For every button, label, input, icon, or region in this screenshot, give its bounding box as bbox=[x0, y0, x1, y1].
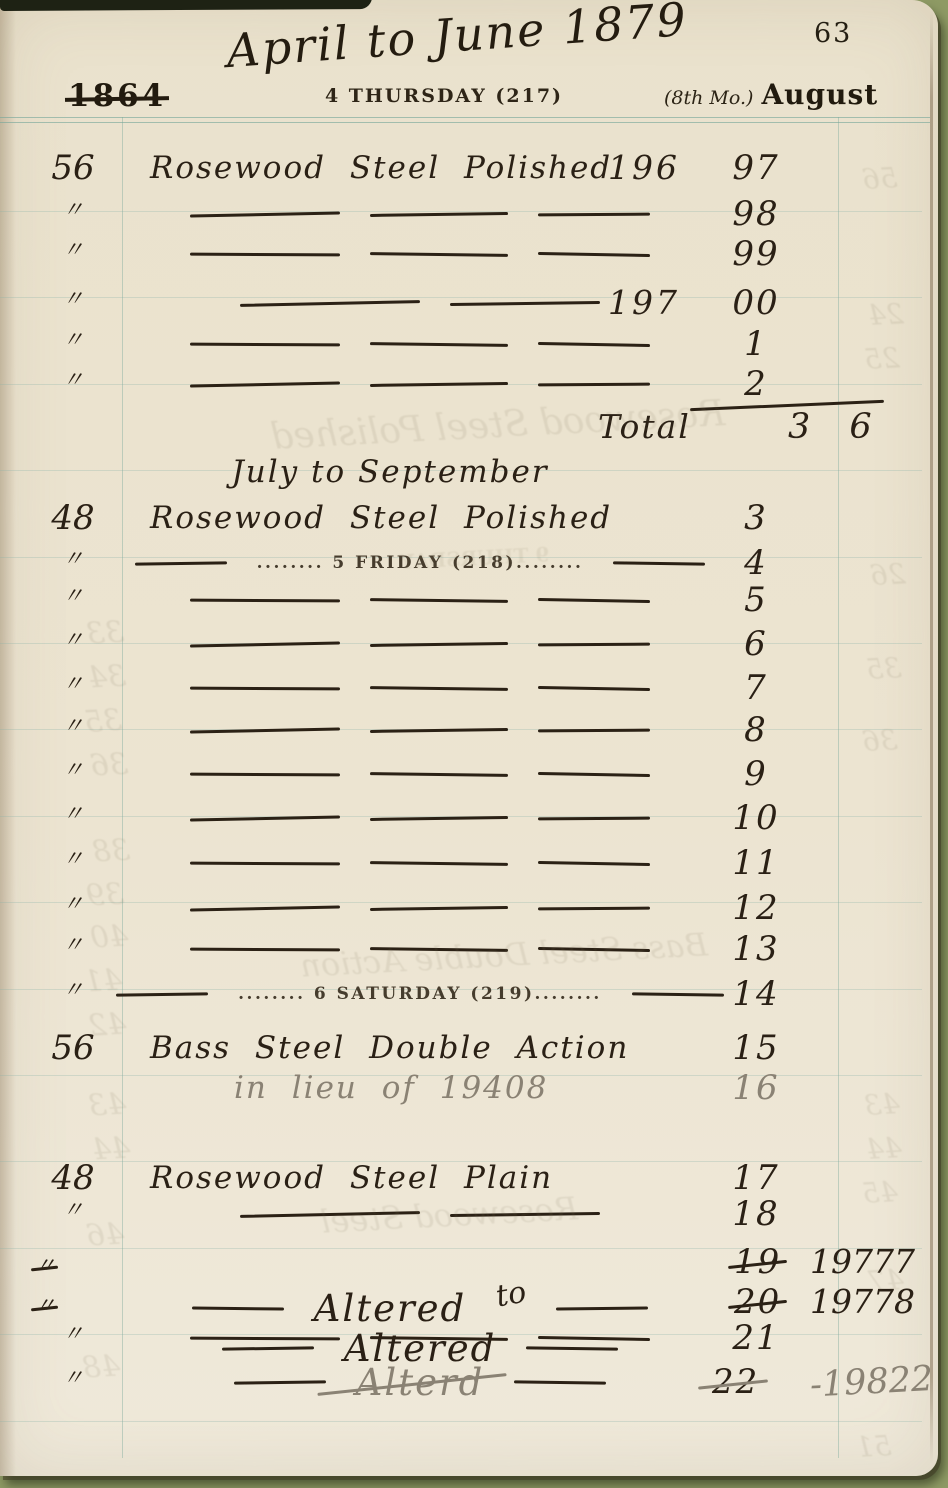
serial-number: 99 bbox=[712, 232, 800, 276]
month-prefix: (8th Mo.) bbox=[664, 87, 753, 109]
serial-number: 6 bbox=[712, 622, 800, 666]
printed-day-label: ........ 6 SATURDAY (219)........ bbox=[238, 984, 602, 1004]
description-cell bbox=[150, 192, 690, 236]
description-text: Alterd bbox=[356, 1361, 485, 1404]
ditto-dash bbox=[190, 381, 340, 387]
ditto-dash bbox=[234, 1380, 326, 1384]
description-cell: in lieu of 19408 bbox=[150, 1066, 690, 1110]
ditto-dash bbox=[538, 685, 650, 690]
ditto-dash bbox=[190, 1336, 340, 1340]
season-row: July to September bbox=[0, 450, 938, 494]
bleedthrough-text: 25 bbox=[863, 341, 900, 376]
quantity-cell: 〃 bbox=[34, 232, 112, 270]
altered-serial-number: -19822 bbox=[809, 1357, 943, 1408]
ditto-dash bbox=[190, 815, 340, 821]
ditto-dash bbox=[240, 300, 420, 307]
serial-number: 12 bbox=[712, 886, 800, 930]
quantity-cell: 56 bbox=[34, 146, 112, 190]
quantity-cell: 〃 bbox=[34, 1254, 56, 1279]
ditto-dash bbox=[190, 252, 340, 256]
description-cell bbox=[150, 578, 690, 622]
bleedthrough-text: 48 bbox=[81, 1349, 121, 1386]
serial-number: 11 bbox=[712, 841, 800, 885]
bleedthrough-text: 39 bbox=[85, 877, 125, 914]
bleedthrough-text: 41 bbox=[83, 963, 123, 1000]
ledger-row: 〃12 bbox=[0, 886, 938, 930]
quantity-cell: 〃 bbox=[34, 796, 112, 834]
description-cell bbox=[150, 708, 690, 752]
description-cell bbox=[150, 322, 690, 366]
description-cell bbox=[150, 666, 690, 710]
serial-number: 15 bbox=[712, 1026, 800, 1070]
description-cell bbox=[150, 752, 690, 796]
series-number: 196 bbox=[608, 146, 710, 190]
scan-background: April to June 1879 63 1864 4 THURSDAY (2… bbox=[0, 0, 948, 1488]
ditto-dash bbox=[370, 252, 508, 257]
ledger-row: 〃Alteredto1919777 bbox=[0, 1240, 938, 1284]
ditto-dash bbox=[190, 861, 340, 865]
ditto-dash bbox=[538, 816, 650, 820]
serial-number: 19 bbox=[734, 1242, 781, 1282]
ditto-dash bbox=[370, 1336, 508, 1341]
ledger-row: 〃1 bbox=[0, 322, 938, 366]
ledger-row: 〃21 bbox=[0, 1316, 938, 1360]
serial-number: 97 bbox=[712, 146, 800, 190]
ditto-dash bbox=[538, 906, 650, 910]
printed-day-heading: 4 THURSDAY (217) bbox=[298, 85, 590, 107]
description-cell bbox=[150, 886, 690, 930]
ledger-page: April to June 1879 63 1864 4 THURSDAY (2… bbox=[0, 0, 938, 1476]
description-text: Rosewood Steel Polished bbox=[150, 150, 612, 186]
ledger-row: 〃Alterd22-19822 bbox=[0, 1360, 938, 1404]
ditto-dash bbox=[135, 561, 227, 565]
bleedthrough-text: 26 bbox=[869, 557, 906, 592]
serial-number: 13 bbox=[712, 927, 800, 971]
ditto-dash bbox=[116, 992, 208, 996]
ditto-dash bbox=[190, 598, 340, 602]
season-heading: July to September bbox=[178, 450, 602, 494]
serial-number: 2 bbox=[712, 362, 800, 406]
ledger-row: 〃2 bbox=[0, 362, 938, 406]
description-cell bbox=[150, 1316, 690, 1360]
bleedthrough-text: 51 bbox=[855, 1429, 892, 1464]
serial-number: 18 bbox=[712, 1192, 800, 1236]
ledger-row: 〃6 bbox=[0, 622, 938, 666]
description-cell: Rosewood Steel Polished bbox=[150, 496, 690, 540]
quantity-cell: 〃 bbox=[34, 362, 112, 400]
total-value: 3 6 bbox=[788, 405, 886, 449]
page-number: 63 bbox=[814, 18, 852, 49]
bleedthrough-text: 38 bbox=[91, 833, 131, 870]
description-text: Bass Steel Double Action bbox=[150, 1030, 629, 1066]
ledger-row: 48Rosewood Steel Polished3 bbox=[0, 496, 938, 540]
bleedthrough-text: 43 bbox=[863, 1087, 900, 1122]
serial-number: 9 bbox=[712, 752, 800, 796]
ledger-row: 〃5 bbox=[0, 578, 938, 622]
ditto-dash bbox=[538, 251, 650, 256]
binding-shadow bbox=[0, 0, 372, 11]
description-text: Rosewood Steel Polished bbox=[150, 500, 612, 536]
ledger-row: 〃9 bbox=[0, 752, 938, 796]
ledger-row: 56Bass Steel Double Action15 bbox=[0, 1026, 938, 1070]
quantity-cell: 〃 bbox=[34, 192, 112, 230]
description-cell bbox=[150, 232, 690, 276]
ledger-row: 〃99 bbox=[0, 232, 938, 276]
month-heading: (8th Mo.) August bbox=[664, 78, 878, 111]
bleedthrough-text: 34 bbox=[87, 659, 127, 696]
ledger-row: 〃19700 bbox=[0, 281, 938, 325]
ditto-dash bbox=[538, 212, 650, 216]
bleedthrough-text: 35 bbox=[865, 651, 902, 686]
bleedthrough-text: 44 bbox=[865, 1131, 902, 1166]
quantity-cell: 48 bbox=[34, 496, 112, 540]
description-cell bbox=[150, 796, 690, 840]
ledger-row: 〃7 bbox=[0, 666, 938, 710]
description-cell bbox=[150, 841, 690, 885]
ditto-dash bbox=[538, 341, 650, 346]
ditto-dash bbox=[190, 211, 340, 217]
ditto-dash bbox=[538, 382, 650, 386]
description-cell bbox=[150, 622, 690, 666]
quantity-cell: 〃 bbox=[34, 541, 112, 579]
bleedthrough-text: 35 bbox=[83, 703, 123, 740]
ditto-dash bbox=[370, 816, 508, 821]
ledger-row: 〃11 bbox=[0, 841, 938, 885]
quantity-cell: 〃 bbox=[34, 281, 112, 319]
ledger-row: in lieu of 1940816 bbox=[0, 1066, 938, 1110]
ditto-dash bbox=[370, 686, 508, 691]
bleedthrough-text: 33 bbox=[85, 615, 125, 652]
month-name: August bbox=[761, 78, 878, 111]
ledger-row: 〃10 bbox=[0, 796, 938, 840]
bleedthrough-text: 56 bbox=[861, 161, 898, 196]
serial-number: 98 bbox=[712, 192, 800, 236]
serial-number: 21 bbox=[712, 1316, 800, 1360]
serial-number: 16 bbox=[712, 1066, 800, 1110]
ditto-dash bbox=[450, 300, 600, 305]
ditto-dash bbox=[538, 728, 650, 732]
description-cell: Alterd bbox=[150, 1360, 690, 1404]
bleedthrough-text: 44 bbox=[91, 1131, 131, 1168]
description-cell: ........ 6 SATURDAY (219)........ bbox=[150, 972, 690, 1016]
bleedthrough-text: 43 bbox=[87, 1087, 127, 1124]
ditto-dash bbox=[190, 686, 340, 690]
header-rule-top bbox=[0, 117, 930, 118]
ditto-dash bbox=[370, 861, 508, 866]
quantity-cell: 〃 bbox=[34, 1316, 112, 1354]
ditto-dash bbox=[538, 1335, 650, 1340]
feint-line-horizontal bbox=[0, 1421, 922, 1422]
ledger-row: 〃98 bbox=[0, 192, 938, 236]
ditto-dash bbox=[370, 728, 508, 733]
ditto-dash bbox=[190, 641, 340, 647]
serial-number: 22 bbox=[712, 1362, 759, 1402]
description-text: in lieu of 19408 bbox=[234, 1070, 548, 1106]
bleedthrough-text: 40 bbox=[89, 919, 129, 956]
ditto-dash bbox=[538, 597, 650, 602]
ditto-dash bbox=[613, 561, 705, 565]
header-rule-bottom bbox=[0, 122, 930, 123]
serial-number: 00 bbox=[712, 281, 800, 325]
ditto-dash bbox=[190, 772, 340, 776]
ledger-row: 〃8 bbox=[0, 708, 938, 752]
ditto-dash bbox=[370, 642, 508, 647]
serial-number: 7 bbox=[712, 666, 800, 710]
ditto-dash bbox=[538, 642, 650, 646]
ditto-dash bbox=[370, 342, 508, 347]
serial-number: 5 bbox=[712, 578, 800, 622]
ditto-dash bbox=[190, 342, 340, 346]
bleedthrough-text: 45 bbox=[861, 1175, 898, 1210]
printed-year-struck: 1864 bbox=[68, 78, 166, 114]
bleedthrough-text: 24 bbox=[867, 297, 904, 332]
quantity-cell: 〃 bbox=[34, 578, 112, 616]
serial-number: 10 bbox=[712, 796, 800, 840]
bleedthrough-text: 36 bbox=[89, 747, 129, 784]
serial-number: 1 bbox=[712, 322, 800, 366]
bleedthrough-text: 46 bbox=[85, 1217, 125, 1254]
description-cell: Bass Steel Double Action bbox=[150, 1026, 690, 1070]
serial-number: 3 bbox=[712, 496, 800, 540]
bleedthrough-text: 47 bbox=[867, 1263, 904, 1298]
description-text: Rosewood Steel Plain bbox=[150, 1160, 553, 1196]
ditto-dash bbox=[538, 771, 650, 776]
ditto-dash bbox=[370, 382, 508, 387]
series-number: 197 bbox=[608, 281, 710, 325]
ditto-dash bbox=[514, 1380, 606, 1384]
ditto-dash bbox=[632, 992, 724, 996]
ditto-dash bbox=[538, 860, 650, 865]
ditto-dash bbox=[190, 905, 340, 911]
quantity-cell: 〃 bbox=[34, 322, 112, 360]
serial-number: 14 bbox=[712, 972, 800, 1016]
ledger-row: 〃........ 6 SATURDAY (219)........14 bbox=[0, 972, 938, 1016]
ditto-dash bbox=[370, 212, 508, 217]
bleedthrough-text: 42 bbox=[87, 1007, 127, 1044]
ditto-dash bbox=[370, 772, 508, 777]
serial-number: 8 bbox=[712, 708, 800, 752]
ledger-row: 56Rosewood Steel Polished19697 bbox=[0, 146, 938, 190]
ditto-dash bbox=[370, 598, 508, 603]
bleedthrough-text: 36 bbox=[861, 723, 898, 758]
ditto-dash bbox=[190, 727, 340, 733]
handwritten-period: April to June 1879 bbox=[225, 0, 690, 78]
ditto-dash bbox=[370, 906, 508, 911]
